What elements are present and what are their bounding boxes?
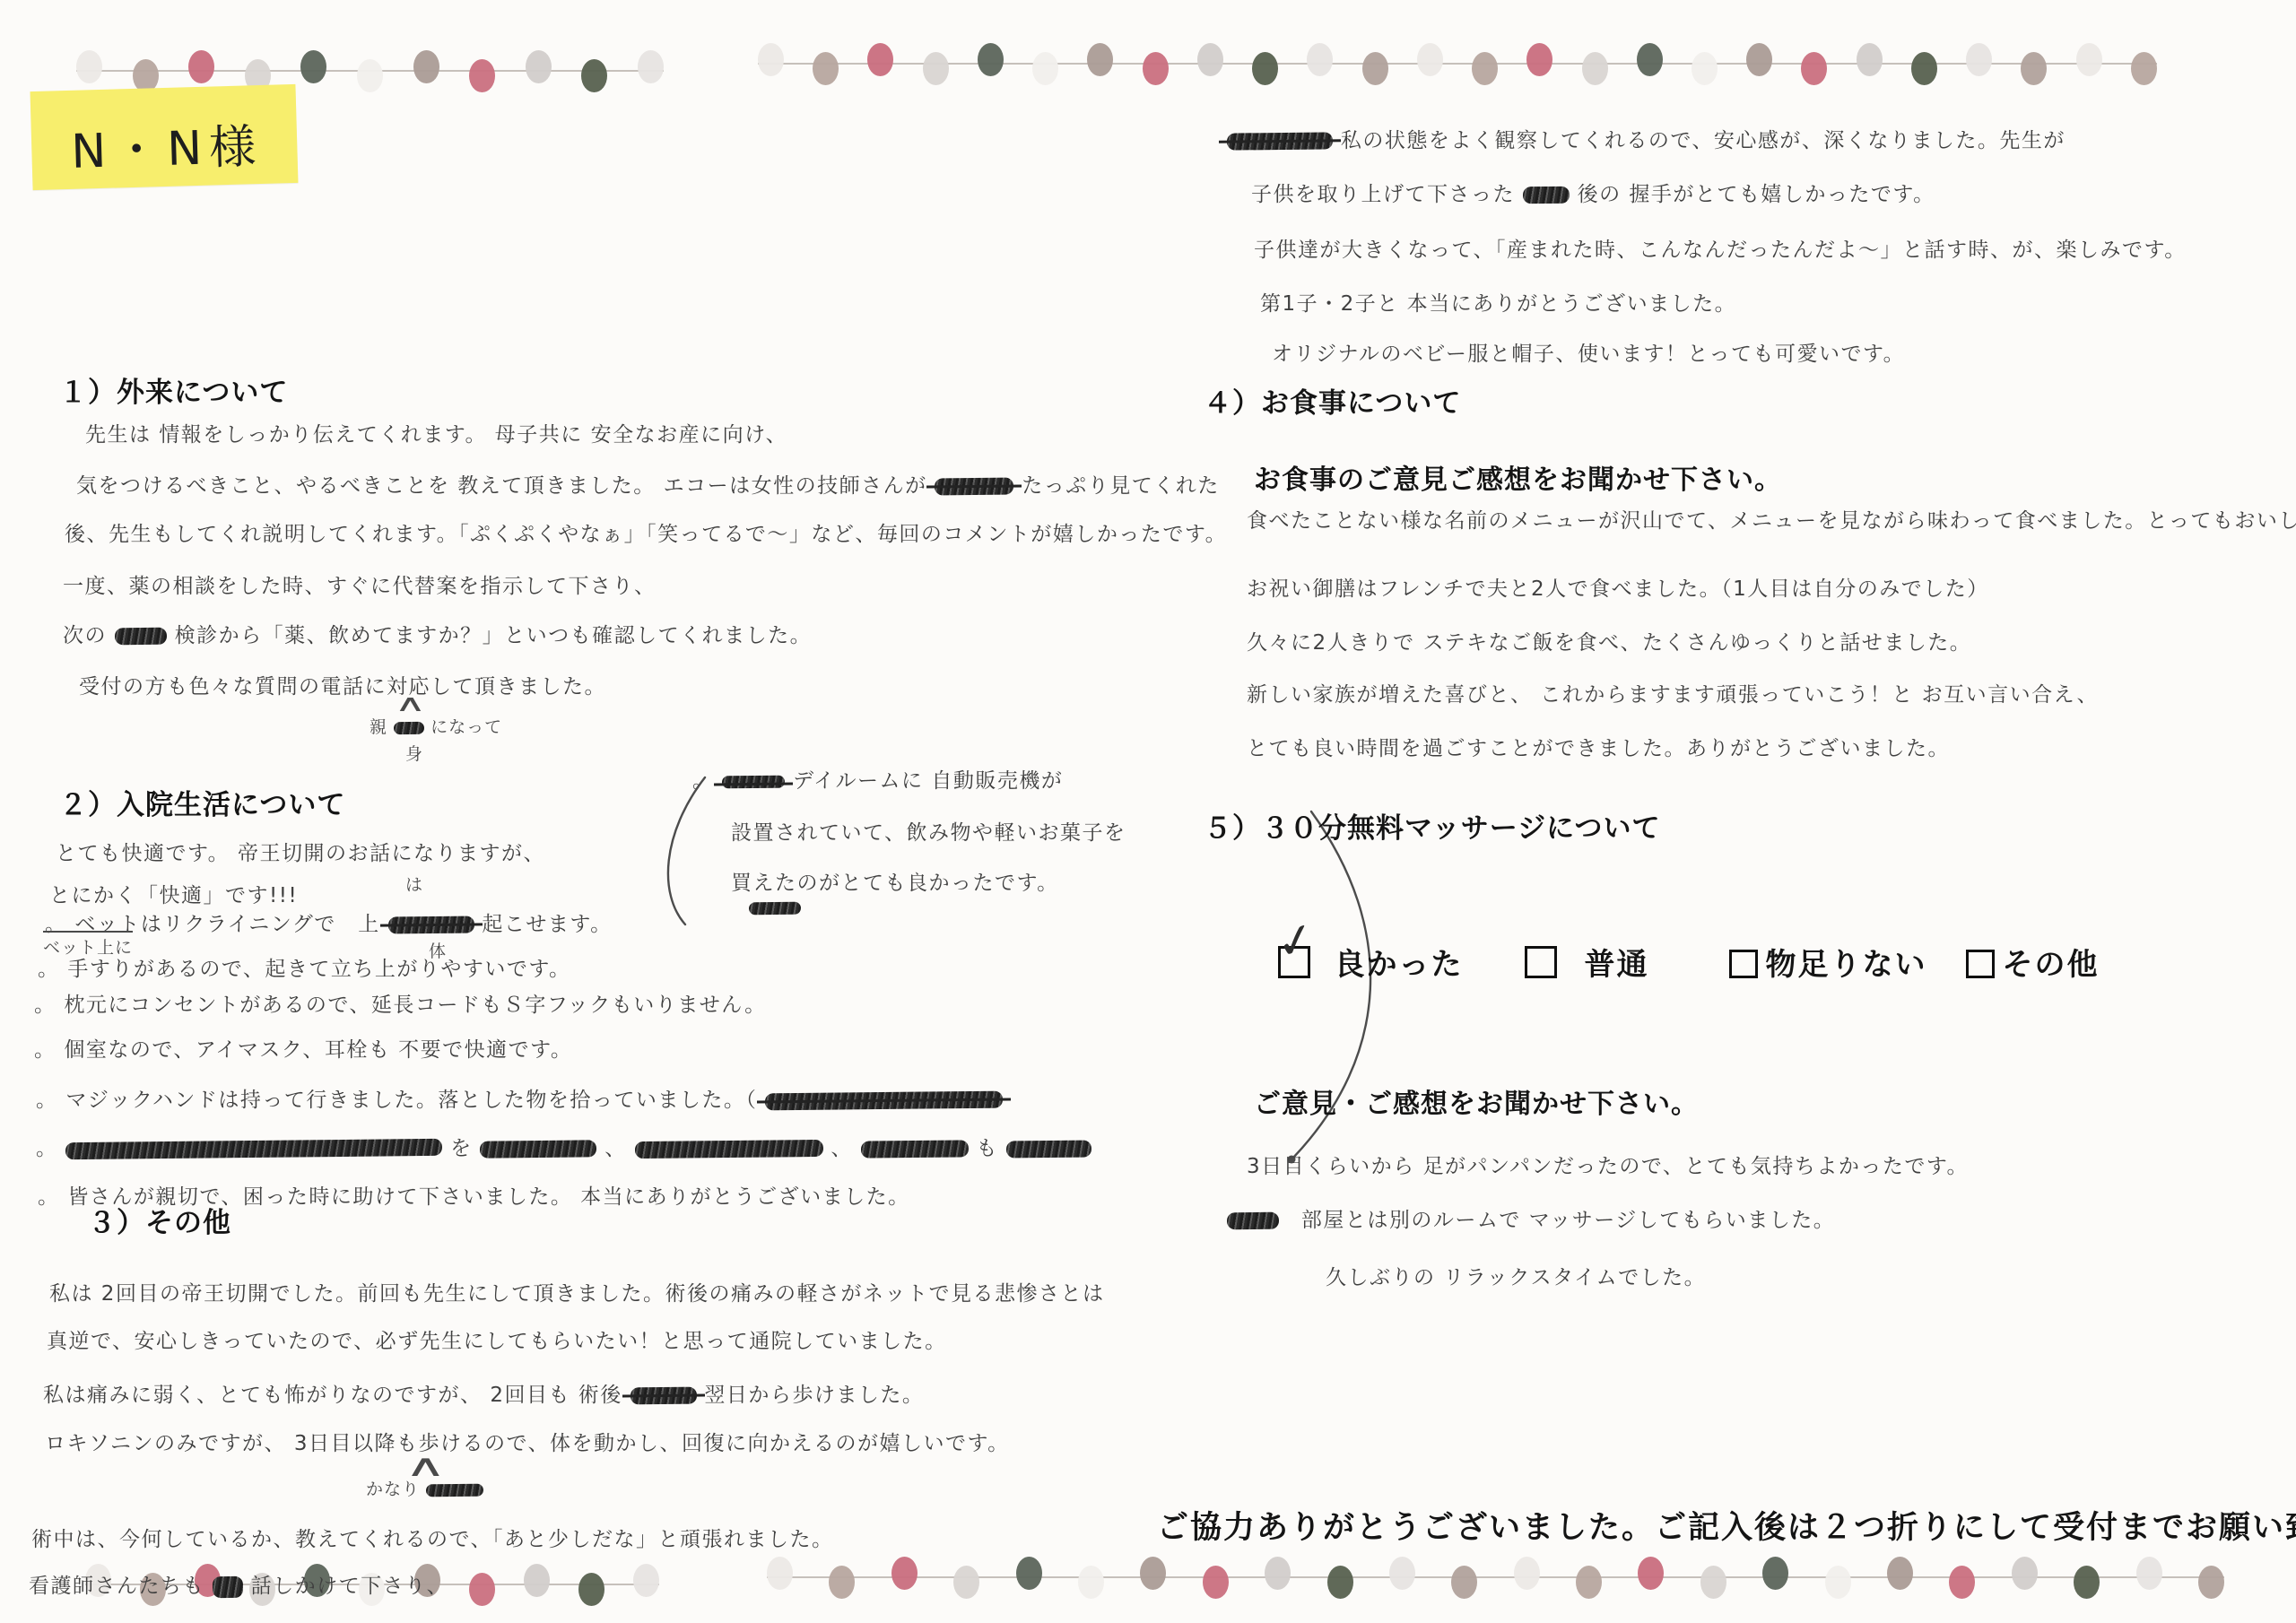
garland-dot (1087, 43, 1113, 76)
s1-line-2-text-after: たっぷり見てくれた (1022, 474, 1220, 498)
option-other: その他 (1966, 940, 2099, 984)
garland-dot (1140, 1557, 1166, 1590)
garland-dot (1472, 52, 1498, 85)
bullet: 。 (34, 1038, 57, 1062)
s2-line-4-text: 手すりがあるので、起きて立ち上がりやすいです。 (67, 958, 570, 981)
s3-line-1: 私は 2回目の帝王切開でした。前回も先生にして頂きました。術後の痛みの軽さがネッ… (49, 1277, 1104, 1306)
s3-insertion-text: かなり (366, 1480, 420, 1499)
garland-dot (1514, 1557, 1540, 1590)
garland-dot (1857, 43, 1883, 76)
survey-scan-page: N・N様 １）外来について 先生は 情報をしっかり伝えてくれます。 母子共に 安… (0, 0, 2296, 1623)
s4-line-3: 久々に2人きりで ステキなご飯を食べ、たくさんゆっくりと話せました。 (1247, 626, 1971, 655)
intro-line-2-text-after: 後の 握手がとても嬉しかったです。 (1578, 183, 1935, 206)
s1-line-5-text: 次の (63, 624, 107, 647)
garland-dot (1801, 52, 1827, 85)
s5-line-3: 久しぶりの リラックスタイムでした。 (1326, 1261, 1706, 1290)
s1-line-5: 次の 検診から「薬、飲めてますか？」といつも確認してくれました。 (63, 619, 812, 648)
garland-dot (526, 50, 552, 83)
garland-dot (2074, 1566, 2100, 1599)
garland-dot (2012, 1557, 2038, 1590)
garland-dot (2021, 52, 2047, 85)
intro-line-2-text: 子供を取り上げて下さった (1251, 183, 1515, 206)
s3-line-5: 術中は、今何しているか、教えてくれるので、「あと少しだな」と頑張れました。 (31, 1523, 834, 1552)
scribble-redaction (1523, 187, 1570, 204)
garland-dot (978, 43, 1004, 76)
garland-dot (1576, 1566, 1602, 1599)
s5-line-1: 3日目くらいから 足がパンパンだったので、とても気持ちよかったです。 (1247, 1150, 1969, 1179)
s4-line-5: とても良い時間を過ごすことができました。ありがとうございました。 (1247, 732, 1950, 761)
intro-line-1-text: 私の状態をよく観察してくれるので、安心感が、深くなりました。先生が (1341, 129, 2066, 152)
scribble-redaction (1227, 132, 1333, 150)
dot-garland-bottom-right (767, 1553, 2224, 1605)
s4-line-2: お祝い御膳はフレンチで夫と2人で食べました。（1人目は自分のみでした） (1247, 572, 1989, 602)
s4-line-1: 食べたことない様な名前のメニューが沢山でて、メニューを見ながら味わって食べました… (1247, 504, 2296, 534)
garland-dot (300, 50, 326, 83)
s2-line-6-text: 個室なので、アイマスク、耳栓も 不要で快適です。 (64, 1038, 572, 1062)
scribble-redaction (935, 478, 1013, 496)
s1-line-3: 後、先生もしてくれ説明してくれます。「ぷくぷくやなぁ」「笑ってるで〜」など、毎回… (65, 517, 1227, 547)
s2-line-3-above: は (405, 872, 423, 896)
intro-line-3: 子供達が大きくなって、「産まれた時、こんなんだったんだよ〜」と話す時、が、楽しみ… (1254, 233, 2187, 263)
garland-dot (1637, 43, 1663, 76)
garland-dot (1265, 1557, 1291, 1590)
garland-dot (357, 59, 383, 92)
garland-dot (1417, 43, 1443, 76)
s2-line-3-text-after: 起こせます。 (482, 913, 612, 936)
section-3-heading: ３）その他 (88, 1200, 231, 1240)
checkbox-normal[interactable] (1525, 946, 1557, 978)
section-4-heading: ４）お食事について (1204, 380, 1461, 421)
bullet: 。 (36, 1089, 58, 1112)
s2-line-6: 。 個室なので、アイマスク、耳栓も 不要で快適です。 (34, 1033, 572, 1063)
garland-dot (1911, 52, 1937, 85)
s3-line-3: 私は痛みに弱く、とても怖がりなのですが、 2回目も 術後 翌日から歩けました。 (43, 1378, 924, 1408)
bullet: 。 (38, 1185, 60, 1209)
s3-insertion: かなり (366, 1476, 483, 1500)
garland-dot (413, 50, 439, 83)
garland-dot (1327, 1566, 1353, 1599)
garland-dot (1949, 1566, 1975, 1599)
garland-dot (524, 1564, 550, 1597)
garland-dot (923, 52, 949, 85)
s4-line-4: 新しい家族が増えた喜びと、 これからますます頑張っていこう！と お互い言い合え、 (1247, 678, 2099, 707)
scribble-redaction (1227, 1212, 1279, 1230)
section-2-heading: ２）入院生活について (59, 782, 345, 822)
scribble-redaction (426, 1483, 483, 1497)
patient-name: N・N様 (30, 84, 299, 182)
garland-dot (1197, 43, 1223, 76)
s1-line-2: 気をつけるべきこと、やるべきことを 教えて頂きました。 エコーは女性の技師さんが… (76, 469, 1220, 499)
garland-dot (1016, 1557, 1042, 1590)
garland-dot (813, 52, 839, 85)
garland-dot (1362, 52, 1388, 85)
intro-line-1: 私の状態をよく観察してくれるので、安心感が、深くなりました。先生が (1227, 124, 2066, 153)
bullet: 。 (38, 958, 60, 981)
option-normal-label: 普通 (1584, 949, 1648, 982)
s3-line-6-text-after: 話しかけて下さり、 (251, 1575, 449, 1598)
garland-dot (1638, 1557, 1664, 1590)
garland-dot (578, 1573, 604, 1606)
s1-line-2-text: 気をつけるべきこと、やるべきことを 教えて頂きました。 エコーは女性の技師さんが (76, 474, 927, 498)
garland-dot (1451, 1566, 1477, 1599)
garland-dot (1692, 52, 1718, 85)
s3-line-6: 看護師さんたちも 話しかけて下さり、 (29, 1569, 448, 1599)
checkbox-other[interactable] (1966, 950, 1995, 978)
garland-dot (1746, 43, 1772, 76)
option-good-label: 良かった (1334, 949, 1463, 982)
garland-dot (767, 1557, 793, 1590)
option-other-label: その他 (2002, 949, 2099, 982)
option-lacking-label: 物足りない (1765, 949, 1926, 982)
s3-line-6-text: 看護師さんたちも (29, 1575, 204, 1598)
garland-dot (2076, 43, 2102, 76)
insertion-caret: ∧ (394, 692, 426, 716)
garland-dot (1252, 52, 1278, 85)
garland-dot (469, 1573, 495, 1606)
garland-dot (2131, 52, 2157, 85)
garland-dot (2198, 1566, 2224, 1599)
s1-insertion-below: 身 (405, 741, 423, 765)
garland-dot (76, 50, 102, 83)
option-normal: 普通 (1525, 940, 1648, 984)
garland-dot (891, 1557, 918, 1590)
scribble-redaction (394, 721, 424, 733)
garland-dot (1078, 1566, 1104, 1599)
garland-dot (1762, 1557, 1788, 1590)
s1-line-6: 受付の方も色々な質問の電話に対応して頂きました。 (79, 670, 606, 699)
patient-name-note: N・N様 (30, 84, 299, 190)
s1-line-5-text-after: 検診から「薬、飲めてますか？」といつも確認してくれました。 (175, 624, 813, 647)
section-4-subheading: お食事のご意見ご感想をお聞かせ下さい。 (1254, 457, 1782, 497)
s3-line-4: ロキソニンのみですが、 3日目以降も歩けるので、体を動かし、回復に向かえるのが嬉… (45, 1427, 1010, 1456)
dot-garland-top-right (758, 39, 2157, 91)
scribble-redaction (631, 1387, 697, 1405)
s1-line-4: 一度、薬の相談をした時、すぐに代替案を指示して下さり、 (63, 569, 657, 599)
garland-dot (1966, 43, 1992, 76)
section-1-heading: １）外来について (59, 369, 288, 410)
option-good: ✓ 良かった (1278, 940, 1463, 984)
scribble-redaction (115, 628, 167, 646)
s5-line-2-text: 部屋とは別のルームで マッサージしてもらいました。 (1301, 1209, 1835, 1232)
garland-dot (581, 59, 607, 92)
scribble-redaction (480, 1140, 596, 1158)
s2-line-4: 。 手すりがあるので、起きて立ち上がりやすいです。 (38, 952, 571, 982)
garland-dot (188, 50, 214, 83)
garland-dot (1389, 1557, 1415, 1590)
garland-dot (1825, 1566, 1851, 1599)
s3-line-3-text-after: 翌日から歩けました。 (704, 1384, 924, 1407)
garland-dot (1203, 1566, 1229, 1599)
intro-line-4: 第1子・2子と 本当にありがとうございました。 (1260, 287, 1736, 317)
garland-dot (2136, 1557, 2162, 1590)
scribble-redaction (213, 1575, 243, 1597)
garland-dot (867, 43, 893, 76)
s2-line-1: とても快適です。 帝王切開のお話になりますが、 (56, 837, 545, 866)
section-5-subheading: ご意見・ご感想をお聞かせ下さい。 (1254, 1081, 1699, 1121)
garland-dot (638, 50, 664, 83)
intro-line-5: オリジナルのベビー服と帽子、使います！とっても可愛いです。 (1272, 337, 1905, 367)
scribble-redaction (388, 916, 474, 933)
garland-dot (829, 1566, 855, 1599)
garland-dot (469, 59, 495, 92)
footer-instruction: ご協力ありがとうございました。ご記入後は２つ折りにして受付までお願い致します。 (1157, 1503, 2296, 1548)
garland-dot (1887, 1557, 1913, 1590)
s3-line-3-text: 私は痛みに弱く、とても怖がりなのですが、 2回目も 術後 (43, 1384, 622, 1407)
s1-insertion-text: 親 (370, 717, 387, 737)
scribble-redaction (65, 1139, 442, 1159)
garland-dot (1307, 43, 1333, 76)
s2-line-8-char: を (450, 1137, 473, 1160)
checkbox-lacking[interactable] (1729, 950, 1758, 978)
garland-dot (1700, 1566, 1726, 1599)
garland-dot (1032, 52, 1058, 85)
option-lacking: 物足りない (1729, 940, 1926, 984)
s3-line-2: 真逆で、安心しきっていたので、必ず先生にしてもらいたい！と思って通院していました… (47, 1324, 947, 1354)
garland-dot (1526, 43, 1552, 76)
bullet: 。 (36, 1137, 58, 1160)
garland-dot (633, 1564, 659, 1597)
garland-dot (953, 1566, 979, 1599)
s1-line-1: 先生は 情報をしっかり伝えてくれます。 母子共に 安全なお産に向け、 (85, 418, 787, 447)
s5-line-2: 部屋とは別のルームで マッサージしてもらいました。 (1227, 1203, 1835, 1233)
garland-dot (1143, 52, 1169, 85)
garland-dot (758, 43, 784, 76)
s1-insertion-text-after: になって (430, 717, 502, 737)
section-5-heading: ５）３０分無料マッサージについて (1204, 805, 1661, 846)
garland-dot (1582, 52, 1608, 85)
s2-line-2: とにかく「快適」です!!! (49, 879, 298, 908)
bullet: 。 (34, 994, 57, 1017)
intro-line-2: 子供を取り上げて下さった 後の 握手がとても嬉しかったです。 (1251, 178, 1935, 207)
s1-insertion: 親 になって (370, 714, 502, 738)
